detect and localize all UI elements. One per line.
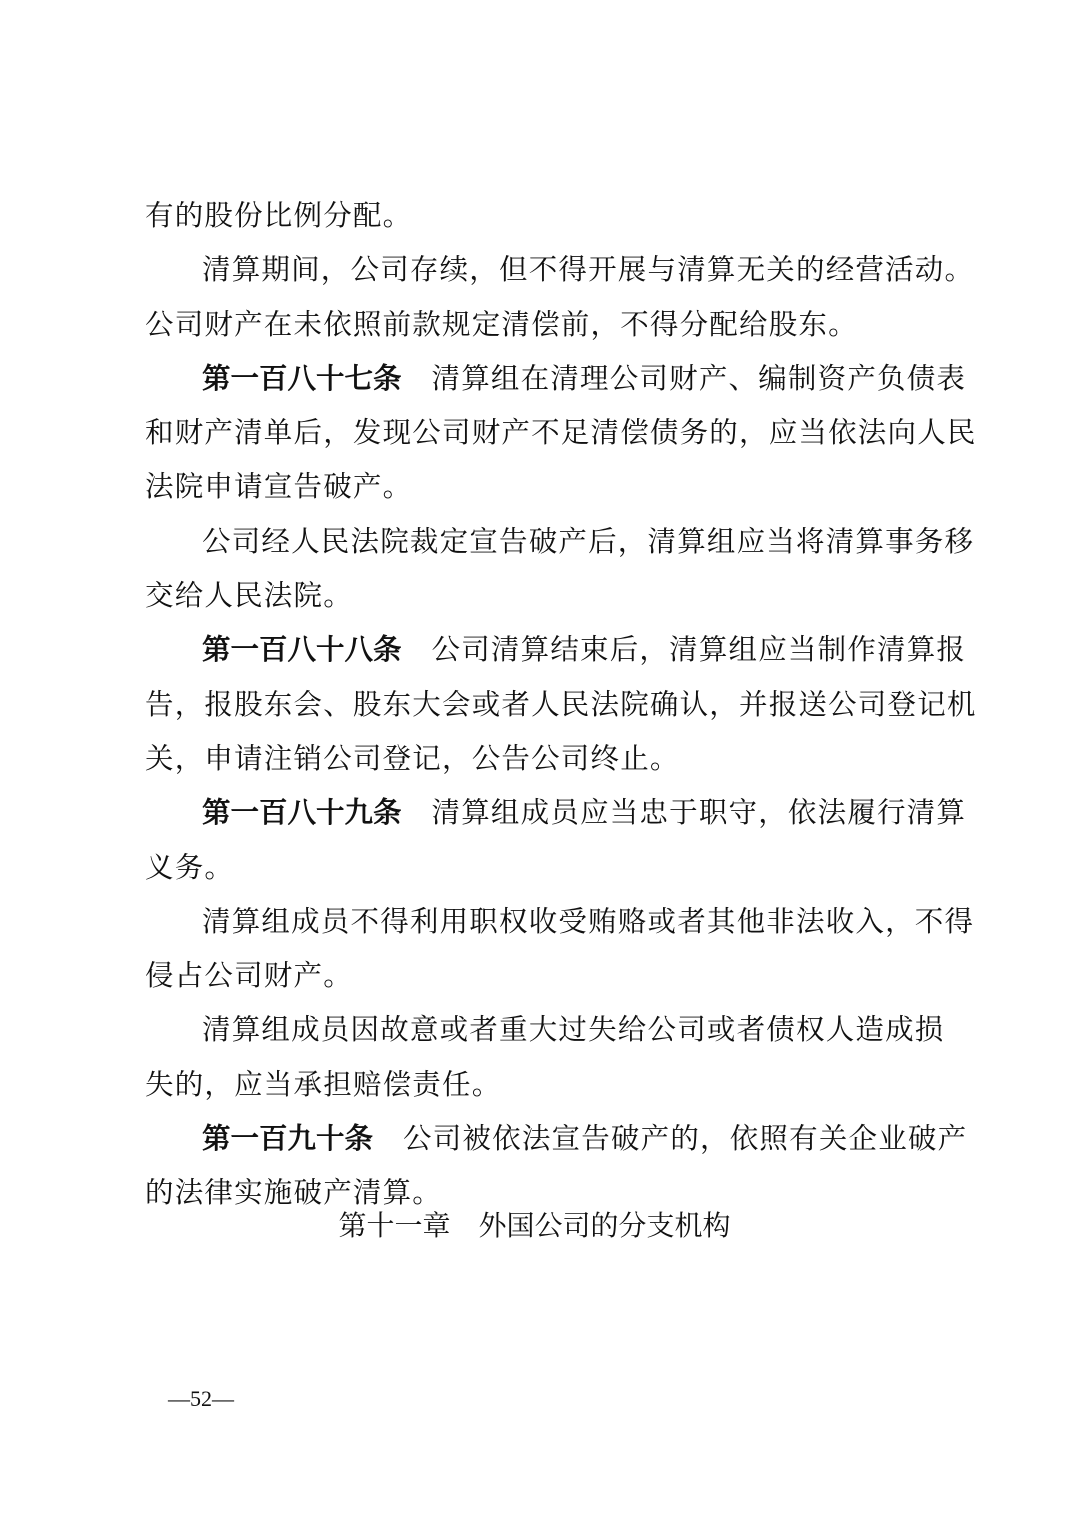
chapter-title: 外国公司的分支机构 bbox=[479, 1209, 731, 1242]
text-line: 告，报股东会、股东大会或者人民法院确认，并报送公司登记机 bbox=[145, 678, 943, 732]
text-line: 失的，应当承担赔偿责任。 bbox=[145, 1058, 943, 1112]
article-number: 第一百八十八条 bbox=[202, 633, 402, 666]
text-line: 交给人民法院。 bbox=[145, 569, 943, 623]
article-text: 清算组在清理公司财产、编制资产负债表 bbox=[432, 362, 967, 395]
article-number: 第一百八十九条 bbox=[202, 796, 402, 829]
article-number: 第一百八十七条 bbox=[202, 362, 402, 395]
chapter-heading: 第十一章外国公司的分支机构 bbox=[0, 1206, 1069, 1246]
document-body: 有的股份比例分配。 清算期间，公司存续，但不得开展与清算无关的经营活动。 公司财… bbox=[145, 189, 943, 1221]
article-text: 公司清算结束后，清算组应当制作清算报 bbox=[432, 633, 967, 666]
text-line: 清算组成员不得利用职权收受贿赂或者其他非法收入，不得 bbox=[145, 895, 943, 949]
article-first-line: 第一百八十七条清算组在清理公司财产、编制资产负债表 bbox=[145, 352, 943, 406]
text-line: 法院申请宣告破产。 bbox=[145, 460, 943, 514]
text-line: 义务。 bbox=[145, 841, 943, 895]
article-first-line: 第一百八十九条清算组成员应当忠于职守，依法履行清算 bbox=[145, 786, 943, 840]
chapter-number: 第十一章 bbox=[338, 1209, 450, 1242]
article-number: 第一百九十条 bbox=[202, 1122, 373, 1155]
text-line: 公司财产在未依照前款规定清偿前，不得分配给股东。 bbox=[145, 298, 943, 352]
text-line: 清算期间，公司存续，但不得开展与清算无关的经营活动。 bbox=[145, 243, 943, 297]
article-first-line: 第一百八十八条公司清算结束后，清算组应当制作清算报 bbox=[145, 623, 943, 677]
text-line: 侵占公司财产。 bbox=[145, 949, 943, 1003]
article-text: 清算组成员应当忠于职守，依法履行清算 bbox=[432, 796, 967, 829]
article-first-line: 第一百九十条公司被依法宣告破产的，依照有关企业破产 bbox=[145, 1112, 943, 1166]
text-line: 和财产清单后，发现公司财产不足清偿债务的，应当依法向人民 bbox=[145, 406, 943, 460]
text-line: 有的股份比例分配。 bbox=[145, 189, 943, 243]
document-page: 有的股份比例分配。 清算期间，公司存续，但不得开展与清算无关的经营活动。 公司财… bbox=[0, 0, 1069, 1515]
page-number: —52— bbox=[168, 1384, 234, 1414]
text-line: 公司经人民法院裁定宣告破产后，清算组应当将清算事务移 bbox=[145, 515, 943, 569]
article-text: 公司被依法宣告破产的，依照有关企业破产 bbox=[403, 1122, 967, 1155]
text-line: 关，申请注销公司登记，公告公司终止。 bbox=[145, 732, 943, 786]
text-line: 清算组成员因故意或者重大过失给公司或者债权人造成损 bbox=[145, 1003, 943, 1057]
